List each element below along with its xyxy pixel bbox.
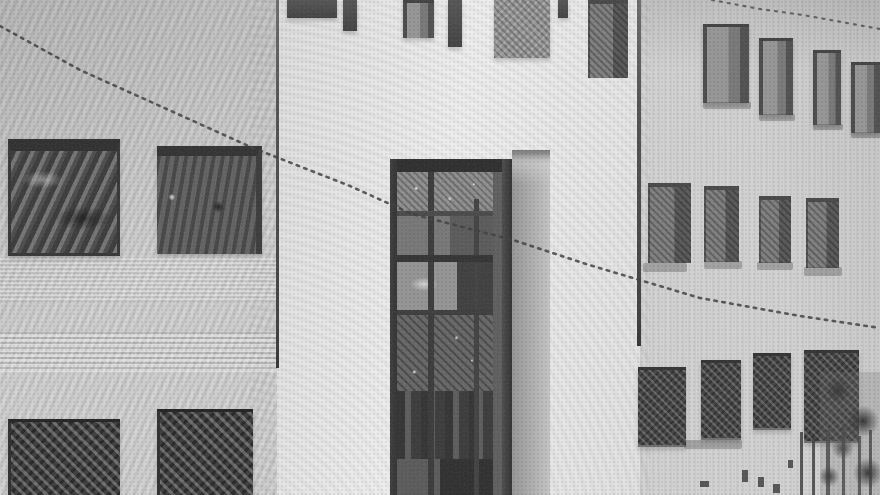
dark-mark: [742, 470, 748, 482]
window-top-centre: [558, 0, 568, 18]
tower-top-frame: [390, 159, 512, 172]
dark-mark: [800, 432, 803, 495]
window-middle-right: [648, 183, 691, 263]
window-sill: [704, 261, 742, 269]
shadow-strip: [512, 150, 550, 495]
mullion-horizontal: [390, 211, 493, 216]
window-top-right: [813, 50, 841, 125]
window-top-right: [703, 24, 749, 103]
window-ground-right: [753, 353, 791, 430]
window-left-ground: [157, 409, 253, 495]
window-middle-right: [759, 196, 791, 263]
mullion-vertical: [474, 199, 479, 495]
dark-mark: [773, 484, 780, 493]
mullion-horizontal: [390, 255, 493, 262]
window-sill: [804, 267, 842, 276]
building-photograph: [0, 0, 880, 495]
window-sill: [703, 102, 751, 109]
pole: [276, 0, 279, 368]
window-sill: [813, 124, 843, 130]
window-top-centre: [448, 0, 462, 47]
shrub: [820, 372, 880, 495]
dark-mark: [812, 438, 815, 495]
mullion-horizontal: [390, 310, 493, 315]
window-top-centre: [403, 0, 434, 38]
window-sill: [684, 440, 742, 449]
window-sill: [851, 132, 880, 138]
window-middle-right: [704, 186, 739, 262]
window-left-middle: [8, 139, 120, 256]
window-top-centre: [287, 0, 337, 18]
window-sill: [643, 263, 687, 272]
window-top-centre: [588, 0, 628, 78]
entrance-door: [440, 459, 493, 495]
dark-mark: [758, 477, 764, 487]
window-sill: [759, 114, 795, 121]
window-top-centre: [343, 0, 357, 31]
window-ground-right: [638, 367, 686, 447]
tower-right-frame: [502, 159, 512, 495]
window-left-ground: [8, 419, 120, 495]
window-top-centre: [494, 0, 550, 58]
tower-reflection: [397, 259, 457, 315]
window-middle-right: [806, 198, 839, 268]
window-ground-right: [701, 360, 741, 440]
dark-mark: [700, 481, 709, 487]
pole: [637, 0, 641, 346]
window-top-right: [851, 62, 880, 133]
window-top-right: [759, 38, 793, 115]
dark-mark: [788, 460, 793, 468]
window-left-middle: [157, 146, 262, 254]
stairwell-glazing: [390, 159, 512, 495]
tower-left-frame: [390, 159, 397, 495]
window-sill: [757, 262, 793, 270]
mullion-vertical: [428, 172, 434, 495]
